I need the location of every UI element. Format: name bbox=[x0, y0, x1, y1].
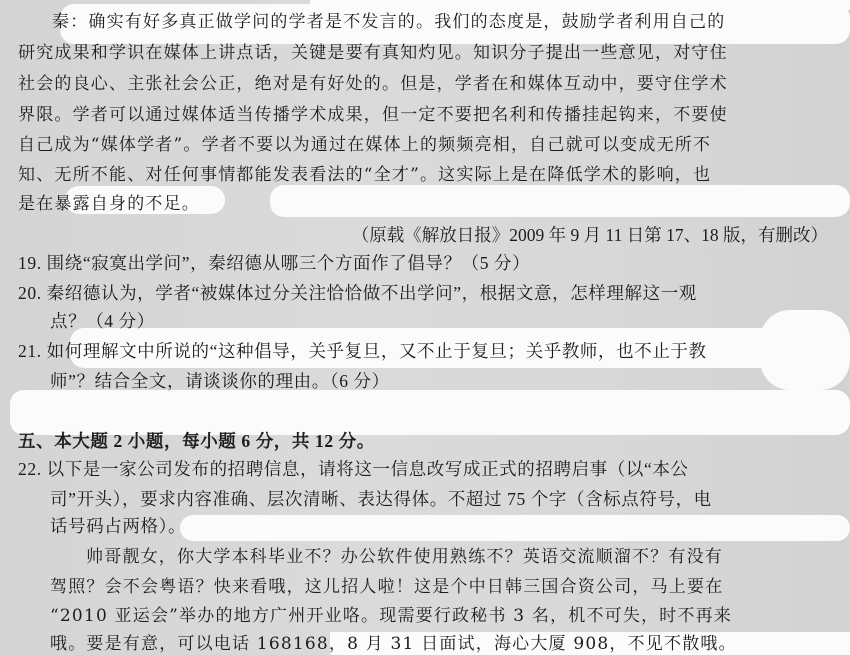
passage-line: 界限。学者可以通过媒体适当传播学术成果，但一定不要把名利和传播挂起钩来，不要使 bbox=[18, 104, 728, 126]
passage-line: 社会的良心、主张社会公正，绝对是有好处的。但是，学者在和媒体互动中，要守住学术 bbox=[18, 73, 728, 95]
question-text: 秦绍德认为，学者“被媒体过分关注恰恰做不出学问”，根据文意，怎样理解这一观 bbox=[47, 283, 697, 303]
passage-line: 研究成果和学识在媒体上讲点话，关键是要有真知灼见。知识分子提出一些意见，对守住 bbox=[18, 42, 728, 64]
question-21: 21. 如何理解文中所说的“这种倡导，关乎复旦，又不止于复旦；关乎教师，也不止于… bbox=[18, 340, 707, 362]
question-text: 围绕“寂寞出学问”，秦绍德从哪三个方面作了倡导？（5 分） bbox=[47, 253, 531, 273]
passage-line: 秦：确实有好多真正做学问的学者是不发言的。我们的态度是，鼓励学者利用自己的 bbox=[52, 11, 725, 33]
question-number: 21. bbox=[18, 341, 42, 361]
question-22: 22. 以下是一家公司发布的招聘信息，请将这一信息改写成正式的招聘启事（以“本公 bbox=[18, 458, 689, 480]
passage-line: 自己成为“媒体学者”。学者不要以为通过在媒体上的频频亮相，自己就可以变成无所不 bbox=[18, 134, 711, 156]
passage-line: 是在暴露自身的不足。 bbox=[18, 193, 200, 215]
question-21-continued: 师”？结合全文，请谈谈你的理由。（6 分） bbox=[50, 370, 390, 392]
ad-text-line: 驾照？会不会粤语？快来看哦，这儿招人啦！这是个中日韩三国合资公司，马上要在 bbox=[50, 576, 723, 598]
question-22-continued: 司”开头），要求内容准确、层次清晰、表达得体。不超过 75 个字（含标点符号，电 bbox=[50, 488, 712, 510]
ad-text-line: 帅哥靓女，你大学本科毕业不？办公软件使用熟练不？英语交流顺溜不？有没有 bbox=[86, 546, 723, 568]
ad-text-line: 哦。要是有意，可以电话 168168，8 月 31 日面试，海心大厦 908，不… bbox=[50, 633, 737, 655]
erased-patch bbox=[270, 185, 850, 217]
question-number: 19. bbox=[18, 253, 42, 273]
scanned-exam-page: 秦：确实有好多真正做学问的学者是不发言的。我们的态度是，鼓励学者利用自己的 研究… bbox=[0, 0, 850, 655]
erased-patch bbox=[310, 0, 850, 10]
passage-line: 知、无所不能、对任何事情都能发表看法的“全才”。这实际上是在降低学术的影响，也 bbox=[18, 164, 711, 186]
source-citation: （原载《解放日报》2009 年 9 月 11 日第 17、18 版，有删改） bbox=[352, 222, 828, 247]
question-text: 以下是一家公司发布的招聘信息，请将这一信息改写成正式的招聘启事（以“本公 bbox=[47, 459, 689, 479]
question-text: 如何理解文中所说的“这种倡导，关乎复旦，又不止于复旦；关乎教师，也不止于教 bbox=[47, 341, 707, 361]
question-19: 19. 围绕“寂寞出学问”，秦绍德从哪三个方面作了倡导？（5 分） bbox=[18, 252, 530, 274]
erased-patch bbox=[760, 310, 850, 390]
ad-text-line: “2010 亚运会”举办的地方广州开业咯。现需要行政秘书 3 名，机不可失，时不… bbox=[50, 605, 732, 627]
section-heading: 五、本大题 2 小题，每小题 6 分，共 12 分。 bbox=[18, 430, 375, 452]
question-20-continued: 点？（4 分） bbox=[50, 310, 155, 332]
question-number: 20. bbox=[18, 283, 42, 303]
question-22-continued: 话号码占两格）。 bbox=[50, 515, 186, 537]
erased-patch bbox=[10, 390, 850, 435]
question-number: 22. bbox=[18, 459, 42, 479]
question-20: 20. 秦绍德认为，学者“被媒体过分关注恰恰做不出学问”，根据文意，怎样理解这一… bbox=[18, 282, 697, 304]
erased-patch bbox=[180, 515, 850, 541]
